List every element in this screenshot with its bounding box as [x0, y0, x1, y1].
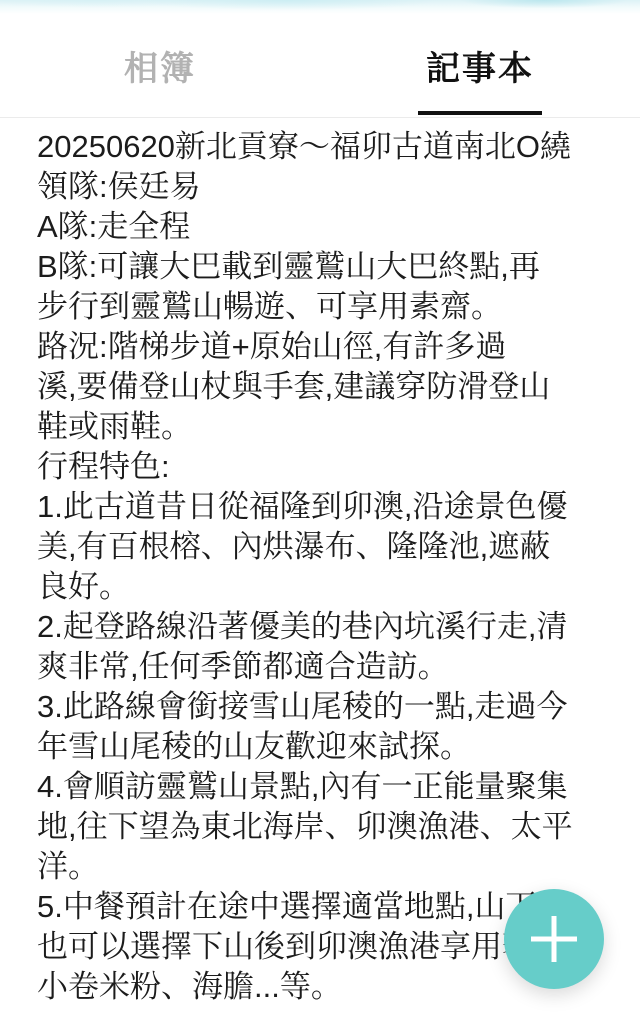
note-line: 步行到靈鷲山暢遊、可享用素齋。	[37, 287, 610, 327]
note-line: 地,往下望為東北海岸、卯澳漁港、太平	[37, 807, 610, 847]
tab-album-label: 相簿	[124, 41, 196, 90]
note-line: 溪,要備登山杖與手套,建議穿防滑登山	[37, 367, 610, 407]
tab-album[interactable]: 相簿	[0, 14, 320, 117]
note-line: A隊:走全程	[37, 207, 610, 247]
tab-notebook[interactable]: 記事本	[320, 14, 640, 117]
note-line: 4.會順訪靈鷲山景點,內有一正能量聚集	[37, 767, 610, 807]
add-note-button[interactable]	[504, 889, 604, 989]
note-line: 洋。	[37, 847, 610, 887]
active-tab-underline	[418, 111, 542, 115]
note-line: 3.此路線會銜接雪山尾稜的一點,走過今	[37, 687, 610, 727]
note-line: 行程特色:	[37, 447, 610, 487]
tab-bar: 相簿 記事本	[0, 14, 640, 118]
note-line: 鞋或雨鞋。	[37, 407, 610, 447]
note-line: 領隊:侯廷易	[37, 167, 610, 207]
note-line: 爽非常,任何季節都適合造訪。	[37, 647, 610, 687]
note-line: 20250620新北貢寮～福卯古道南北O繞	[37, 127, 610, 167]
note-line: 年雪山尾稜的山友歡迎來試探。	[37, 727, 610, 767]
note-line: 良好。	[37, 567, 610, 607]
note-line: 2.起登路線沿著優美的巷內坑溪行走,清	[37, 607, 610, 647]
note-line: B隊:可讓大巴載到靈鷲山大巴終點,再	[37, 247, 610, 287]
note-line: 路況:階梯步道+原始山徑,有許多過	[37, 327, 610, 367]
note-content[interactable]: 20250620新北貢寮～福卯古道南北O繞 領隊:侯廷易 A隊:走全程 B隊:可…	[0, 118, 640, 1007]
photo-bottom-edge	[0, 0, 640, 14]
tab-notebook-label: 記事本	[426, 41, 534, 90]
plus-icon	[531, 916, 577, 962]
note-line: 美,有百根榕、內烘瀑布、隆隆池,遮蔽	[37, 527, 610, 567]
note-line: 1.此古道昔日從福隆到卯澳,沿途景色優	[37, 487, 610, 527]
